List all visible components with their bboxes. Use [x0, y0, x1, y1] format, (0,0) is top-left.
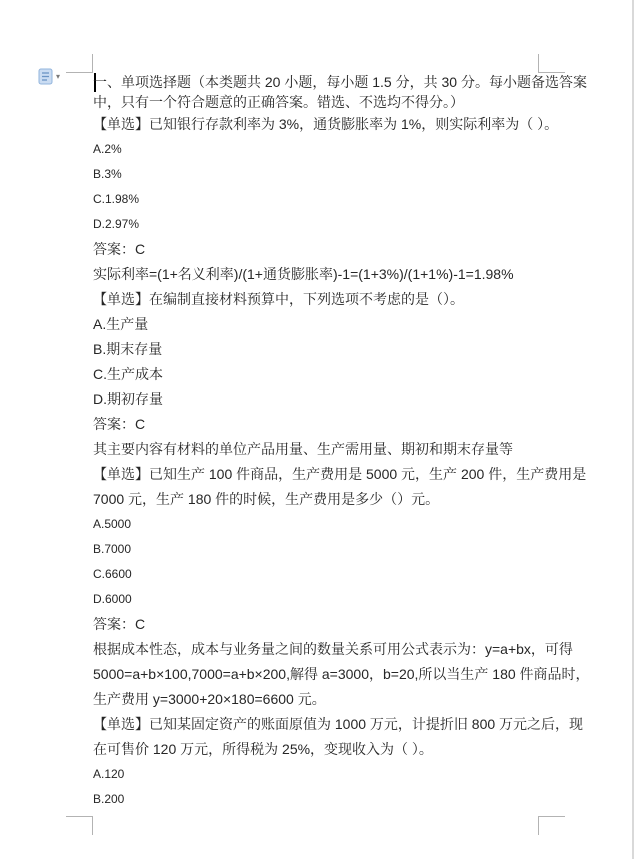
text-line[interactable]: 【单选】在编制直接材料预算中，下列选项不考虑的是（）。 [93, 287, 539, 312]
text-line[interactable]: 5000=a+b×100,7000=a+b×200,解得 a=3000，b=20… [93, 662, 539, 687]
text-line[interactable]: 其主要内容有材料的单位产品用量、生产需用量、期初和期末存量等 [93, 437, 539, 462]
chevron-down-icon[interactable]: ▾ [56, 68, 60, 85]
text-line[interactable]: 【单选】已知某固定资产的账面原值为 1000 万元，计提折旧 800 万元之后，… [93, 712, 539, 737]
text-line[interactable]: C.6600 [93, 562, 539, 587]
page-edge-line [632, 0, 634, 859]
text-line[interactable]: 一、单项选择题（本类题共 20 小题，每小题 1.5 分，共 30 分。每小题备… [93, 72, 539, 92]
text-line[interactable]: 【单选】已知银行存款利率为 3%，通货膨胀率为 1%，则实际利率为（ ）。 [93, 112, 539, 137]
crop-mark-bottom-left [66, 816, 93, 835]
text-line[interactable]: D.期初存量 [93, 387, 539, 412]
paste-options-icon [38, 68, 54, 85]
text-line[interactable]: 生产费用 y=3000+20×180=6600 元。 [93, 687, 539, 712]
text-line[interactable]: A.2% [93, 137, 539, 162]
text-line[interactable]: A.5000 [93, 512, 539, 537]
text-line[interactable]: B.期末存量 [93, 337, 539, 362]
text-line[interactable]: 【单选】已知生产 100 件商品，生产费用是 5000 元，生产 200 件，生… [93, 462, 539, 487]
text-line[interactable]: 在可售价 120 万元，所得税为 25%，变现收入为（ ）。 [93, 737, 539, 762]
text-line[interactable]: 答案：C [93, 612, 539, 637]
text-line[interactable]: A.120 [93, 762, 539, 787]
text-line[interactable]: D.2.97% [93, 212, 539, 237]
text-line[interactable]: C.生产成本 [93, 362, 539, 387]
paste-options-button[interactable]: ▾ [38, 68, 60, 85]
text-line[interactable]: 7000 元，生产 180 件的时候，生产费用是多少（）元。 [93, 487, 539, 512]
text-line[interactable]: 答案：C [93, 237, 539, 262]
document-page[interactable]: ▾ 一、单项选择题（本类题共 20 小题，每小题 1.5 分，共 30 分。每小… [0, 0, 637, 859]
text-line[interactable]: 实际利率=(1+名义利率)/(1+通货膨胀率)-1=(1+3%)/(1+1%)-… [93, 262, 539, 287]
text-line[interactable]: 中，只有一个符合题意的正确答案。错选、不选均不得分。） [93, 92, 539, 112]
text-line[interactable]: B.7000 [93, 537, 539, 562]
text-line[interactable]: 根据成本性态，成本与业务量之间的数量关系可用公式表示为：y=a+bx，可得 [93, 637, 539, 662]
text-line[interactable]: B.200 [93, 787, 539, 812]
page-content[interactable]: 一、单项选择题（本类题共 20 小题，每小题 1.5 分，共 30 分。每小题备… [93, 72, 539, 812]
text-line[interactable]: D.6000 [93, 587, 539, 612]
text-line[interactable]: A.生产量 [93, 312, 539, 337]
text-line[interactable]: B.3% [93, 162, 539, 187]
crop-mark-bottom-right [538, 816, 565, 835]
crop-mark-top-right [538, 54, 565, 73]
text-line[interactable]: 答案：C [93, 412, 539, 437]
crop-mark-top-left [66, 54, 93, 73]
text-line[interactable]: C.1.98% [93, 187, 539, 212]
